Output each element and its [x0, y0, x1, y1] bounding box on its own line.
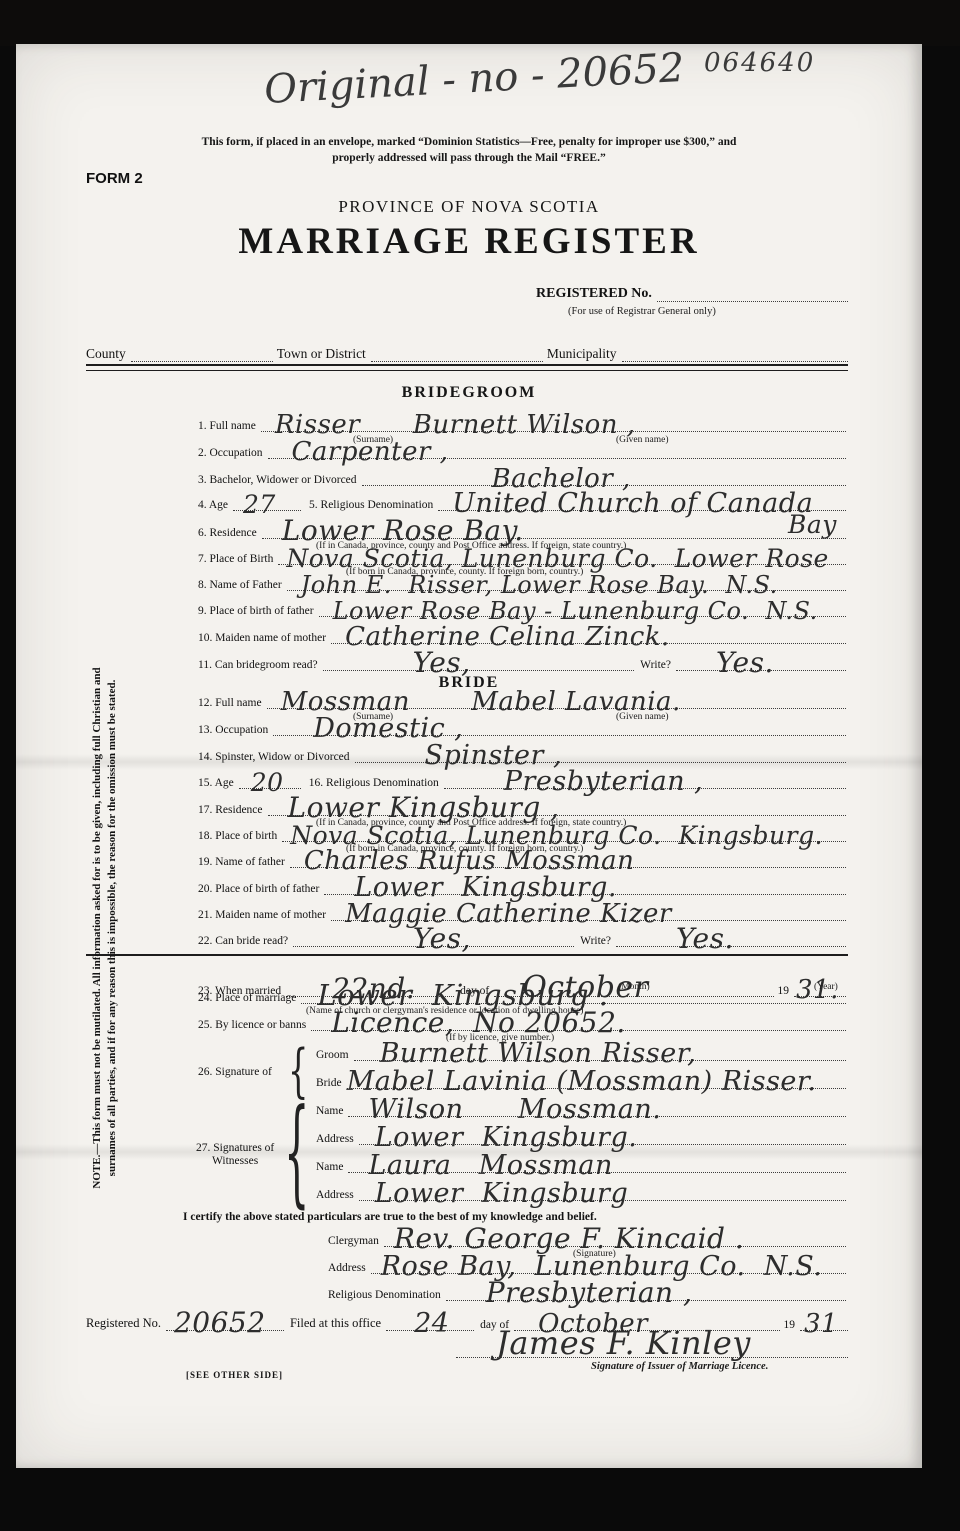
groom-label: Groom — [316, 1049, 354, 1061]
field-witness1-address: Address Lower Kingsburg. — [316, 1125, 846, 1145]
field-label: 21. Maiden name of mother — [198, 909, 331, 921]
handwritten-value: John E. Risser, Lower Rose Bay. N.S. — [301, 573, 778, 597]
field-label: 16. Religious Denomination — [301, 777, 444, 789]
address-label: Address — [316, 1189, 359, 1201]
registered-label: Registered No. — [86, 1316, 166, 1331]
field-line: Rose Bay, Lunenburg Co. N.S. — [371, 1271, 846, 1274]
form-number: FORM 2 — [86, 170, 143, 187]
issuer-signature-caption: Signature of Issuer of Marriage Licence. — [591, 1361, 768, 1372]
top-handwritten-note: Original - no - 20652 — [263, 45, 685, 113]
field-line: Lower Kingsburg — [359, 1198, 846, 1201]
field-bridegroom-occupation: 2. Occupation Carpenter , — [198, 439, 846, 459]
field-bridegroom-mother-maiden-name: 10. Maiden name of mother Catherine Celi… — [198, 624, 846, 644]
field-label: 25. By licence or banns — [198, 1019, 311, 1031]
clergyman-label: Clergyman — [328, 1235, 384, 1247]
age-line: 20 — [239, 786, 301, 789]
stamp-number: 064640 — [704, 48, 815, 78]
handwritten-value: Lower Rose Bay - Lunenburg Co. N.S. — [333, 599, 818, 623]
marriage-register-page: 064640 Original - no - 20652 This form, … — [16, 44, 922, 1468]
field-line: Charles Rufus Mossman — [290, 865, 846, 868]
handwritten-value: Yes. — [716, 649, 774, 677]
field-line: Carpenter , — [268, 456, 846, 459]
field-label: 19. Name of father — [198, 856, 290, 868]
see-other-side: [SEE OTHER SIDE] — [186, 1370, 283, 1380]
field-bride-occupation: 13. Occupation Domestic , — [198, 716, 846, 736]
envelope-instruction-line1: This form, if placed in an envelope, mar… — [16, 136, 922, 148]
field-bride-signature: Bride Mabel Lavinia (Mossman) Risser. — [316, 1069, 846, 1089]
handwritten-value: Maggie Catherine Kizer — [345, 901, 672, 927]
field-bride-birthplace: 18. Place of birth Nova Scotia, Lunenbur… — [198, 822, 846, 842]
field-label: 11. Can bridegroom read? — [198, 659, 323, 671]
location-row: County Town or District Municipality — [86, 342, 848, 362]
field-line: Domestic , — [273, 733, 846, 736]
field-bride-residence: 17. Residence Lower Kingsburg , — [198, 796, 846, 816]
field-line: Lower Rose Bay. — [262, 536, 846, 539]
handwritten-value: 31 — [804, 1311, 838, 1337]
registered-no-line: 20652 — [166, 1328, 284, 1331]
field-line: Spinster , — [355, 760, 846, 763]
field-label: 12. Full name — [198, 697, 267, 709]
read-line: Yes, — [323, 668, 635, 671]
field-bride-literacy: 22. Can bride read? Yes, Write? Yes. — [198, 927, 846, 947]
page-title: MARRIAGE REGISTER — [16, 220, 922, 263]
field-bride-mother-maiden-name: 21. Maiden name of mother Maggie Catheri… — [198, 901, 846, 921]
field-line: Nova Scotia, Lunenburg Co. Kingsburg. — [282, 839, 846, 842]
field-bridegroom-residence: 6. Residence Lower Rose Bay. — [198, 519, 846, 539]
filed-day-line: 24 — [386, 1328, 474, 1331]
margin-note-line1: NOTE.—This form must not be mutilated. A… — [90, 604, 105, 1252]
religion-line: United Church of Canada — [438, 508, 846, 511]
handwritten-signature: Lower Kingsburg. — [375, 1124, 638, 1151]
section-divider — [86, 364, 848, 371]
field-label: 8. Name of Father — [198, 579, 287, 591]
field-line: Laura Mossman — [348, 1170, 846, 1173]
field-clergyman-denomination: Religious Denomination Presbyterian , — [328, 1281, 846, 1301]
field-label: 6. Residence — [198, 527, 262, 539]
handwritten-signature: Lower Kingsburg — [375, 1180, 629, 1207]
field-bridegroom-birthplace: 7. Place of Birth Nova Scotia, Lunenburg… — [198, 545, 846, 565]
name-label: Name — [316, 1105, 348, 1117]
handwritten-signature: Burnett Wilson Risser, — [380, 1040, 697, 1067]
field-line: Wilson Mossman. — [348, 1114, 846, 1117]
field-line: Licence, No 20652. — [311, 1028, 846, 1031]
marriage-section-divider — [86, 954, 848, 956]
registered-no-label: REGISTERED No. — [536, 286, 657, 302]
field-label: 20. Place of birth of father — [198, 883, 324, 895]
field-clergyman: Clergyman Rev. George F. Kincaid . — [328, 1227, 846, 1247]
field-witness1-name: Name Wilson Mossman. — [316, 1097, 846, 1117]
religion-line: Presbyterian , — [444, 786, 846, 789]
field-label: 17. Residence — [198, 804, 268, 816]
year-prefix: 19 — [780, 1319, 801, 1331]
field-witness2-name: Name Laura Mossman — [316, 1153, 846, 1173]
field-bride-status: 14. Spinster, Widow or Divorced Spinster… — [198, 743, 846, 763]
bridegroom-heading: BRIDEGROOM — [16, 384, 922, 402]
issuer-signature-line — [456, 1357, 848, 1358]
field-bridegroom-father-birthplace: 9. Place of birth of father Lower Rose B… — [198, 597, 846, 617]
field-bride-father-name: 19. Name of father Charles Rufus Mossman — [198, 848, 846, 868]
bride-label: Bride — [316, 1077, 347, 1089]
field-line: Nova Scotia, Lunenburg Co. Lower Rose — [278, 562, 846, 565]
province-title: PROVINCE OF NOVA SCOTIA — [16, 197, 922, 217]
field-line: John E. Risser, Lower Rose Bay. N.S. — [287, 588, 846, 591]
margin-note: NOTE.—This form must not be mutilated. A… — [90, 604, 120, 1252]
denomination-label: Religious Denomination — [328, 1289, 446, 1301]
field-line: Catherine Celina Zinck. — [331, 641, 846, 644]
field-label: 24. Place of marriage — [198, 992, 301, 1004]
age-line: 27 — [233, 508, 301, 511]
field-label: 15. Age — [198, 777, 239, 789]
witnesses-label-line2: Witnesses — [212, 1155, 263, 1167]
filed-label: Filed at this office — [284, 1316, 386, 1331]
field-line: Lower Kingsburg. — [324, 892, 846, 895]
field-line: Maggie Catherine Kizer — [331, 918, 846, 921]
address-label: Address — [328, 1262, 371, 1274]
field-line: Bachelor , — [362, 483, 846, 486]
field-line: Mabel Lavinia (Mossman) Risser. — [347, 1086, 846, 1089]
registered-no-line — [657, 299, 848, 302]
municipality-label: Municipality — [543, 346, 622, 362]
handwritten-value: Yes. — [676, 925, 734, 953]
handwritten-value: Catherine Celina Zinck. — [345, 624, 670, 650]
field-label: 2. Occupation — [198, 447, 268, 459]
handwritten-value: Yes, — [413, 925, 471, 953]
field-label: 18. Place of birth — [198, 830, 282, 842]
handwritten-signature: Laura Mossman — [368, 1152, 612, 1179]
handwritten-value: Yes, — [413, 649, 471, 677]
handwritten-value: Presbyterian , — [486, 1279, 693, 1307]
address-label: Address — [316, 1133, 359, 1145]
write-label: Write? — [634, 659, 676, 671]
registered-no-caption: (For use of Registrar General only) — [568, 306, 716, 317]
field-line: Rev. George F. Kincaid . — [384, 1244, 846, 1247]
handwritten-value: Domestic , — [313, 715, 463, 742]
field-licence-or-banns: 25. By licence or banns Licence, No 2065… — [198, 1011, 846, 1031]
field-line: Presbyterian , — [446, 1298, 846, 1301]
field-label: 7. Place of Birth — [198, 553, 278, 565]
field-line: Mossman Mabel Lavania. — [267, 706, 846, 709]
registered-no-row: REGISTERED No. — [536, 282, 848, 302]
field-line: Lower Rose Bay - Lunenburg Co. N.S. — [319, 614, 846, 617]
field-bridegroom-literacy: 11. Can bridegroom read? Yes, Write? Yes… — [198, 651, 846, 671]
field-line: Lower Kingsburg . — [301, 1001, 846, 1004]
field-witness2-address: Address Lower Kingsburg — [316, 1181, 846, 1201]
field-label: 1. Full name — [198, 420, 261, 432]
handwritten-signature: Mabel Lavinia (Mossman) Risser. — [347, 1068, 817, 1095]
handwritten-value: 24 — [414, 1310, 449, 1337]
handwritten-value: 27 — [243, 492, 276, 517]
field-bridegroom-full-name: 1. Full name Risser Burnett Wilson , — [198, 412, 846, 432]
field-line: Burnett Wilson Risser, — [354, 1058, 846, 1061]
county-line — [131, 359, 273, 362]
field-label: 10. Maiden name of mother — [198, 632, 331, 644]
field-bridegroom-father-name: 8. Name of Father John E. Risser, Lower … — [198, 571, 846, 591]
field-bridegroom-status: 3. Bachelor, Widower or Divorced Bachelo… — [198, 466, 846, 486]
field-bride-father-birthplace: 20. Place of birth of father Lower Kings… — [198, 875, 846, 895]
field-line: Lower Kingsburg. — [359, 1142, 846, 1145]
field-label: 3. Bachelor, Widower or Divorced — [198, 474, 362, 486]
field-label: 14. Spinster, Widow or Divorced — [198, 751, 355, 763]
handwritten-value: Risser Burnett Wilson , — [275, 412, 636, 438]
margin-note-line2: surnames of all parties, and if for any … — [105, 604, 120, 1252]
handwritten-value: Charles Rufus Mossman — [304, 848, 635, 874]
scanned-document: 064640 Original - no - 20652 This form, … — [0, 0, 960, 1531]
handwritten-signature: Rev. George F. Kincaid . — [394, 1225, 744, 1253]
field-label: 4. Age — [198, 499, 233, 511]
handwritten-value: 20 — [251, 770, 284, 795]
field-label: 13. Occupation — [198, 724, 273, 736]
field-clergyman-address: Address Rose Bay, Lunenburg Co. N.S. — [328, 1254, 846, 1274]
field-bride-full-name: 12. Full name Mossman Mabel Lavania. — [198, 689, 846, 709]
write-line: Yes. — [676, 668, 846, 671]
field-label: 22. Can bride read? — [198, 935, 293, 947]
handwritten-value: Carpenter , — [292, 439, 449, 465]
field-label: 9. Place of birth of father — [198, 605, 319, 617]
county-label: County — [86, 346, 131, 362]
write-line: Yes. — [616, 944, 846, 947]
handwritten-value: 20652 — [174, 1309, 266, 1337]
write-label: Write? — [574, 935, 616, 947]
witnesses-label-line1: 27. Signatures of — [196, 1142, 279, 1154]
town-line — [371, 359, 543, 362]
name-label: Name — [316, 1161, 348, 1173]
handwritten-value: Lower Kingsburg. — [354, 874, 617, 901]
field-place-of-marriage: 24. Place of marriage Lower Kingsburg . — [198, 984, 846, 1004]
handwritten-value: Spinster , — [425, 742, 563, 769]
municipality-line — [622, 359, 848, 362]
field-bridegroom-age-religion: 4. Age 27 5. Religious Denomination Unit… — [198, 491, 846, 511]
read-line: Yes, — [293, 944, 574, 947]
field-line: Lower Kingsburg , — [268, 813, 846, 816]
witnesses-brace: { — [284, 1096, 309, 1212]
field-line: Risser Burnett Wilson , — [261, 429, 846, 432]
town-label: Town or District — [273, 346, 371, 362]
handwritten-value: United Church of Canada — [452, 490, 813, 517]
handwritten-signature: Wilson Mossman. — [368, 1096, 661, 1123]
field-label: 5. Religious Denomination — [301, 499, 438, 511]
signature-of-label: 26. Signature of — [198, 1066, 277, 1078]
field-bride-age-religion: 15. Age 20 16. Religious Denomination Pr… — [198, 769, 846, 789]
filed-year-line: 31 — [800, 1328, 848, 1331]
field-groom-signature: Groom Burnett Wilson Risser, — [316, 1041, 846, 1061]
issuer-signature: James F. Kinley — [496, 1327, 751, 1475]
envelope-instruction-line2: properly addressed will pass through the… — [16, 152, 922, 164]
